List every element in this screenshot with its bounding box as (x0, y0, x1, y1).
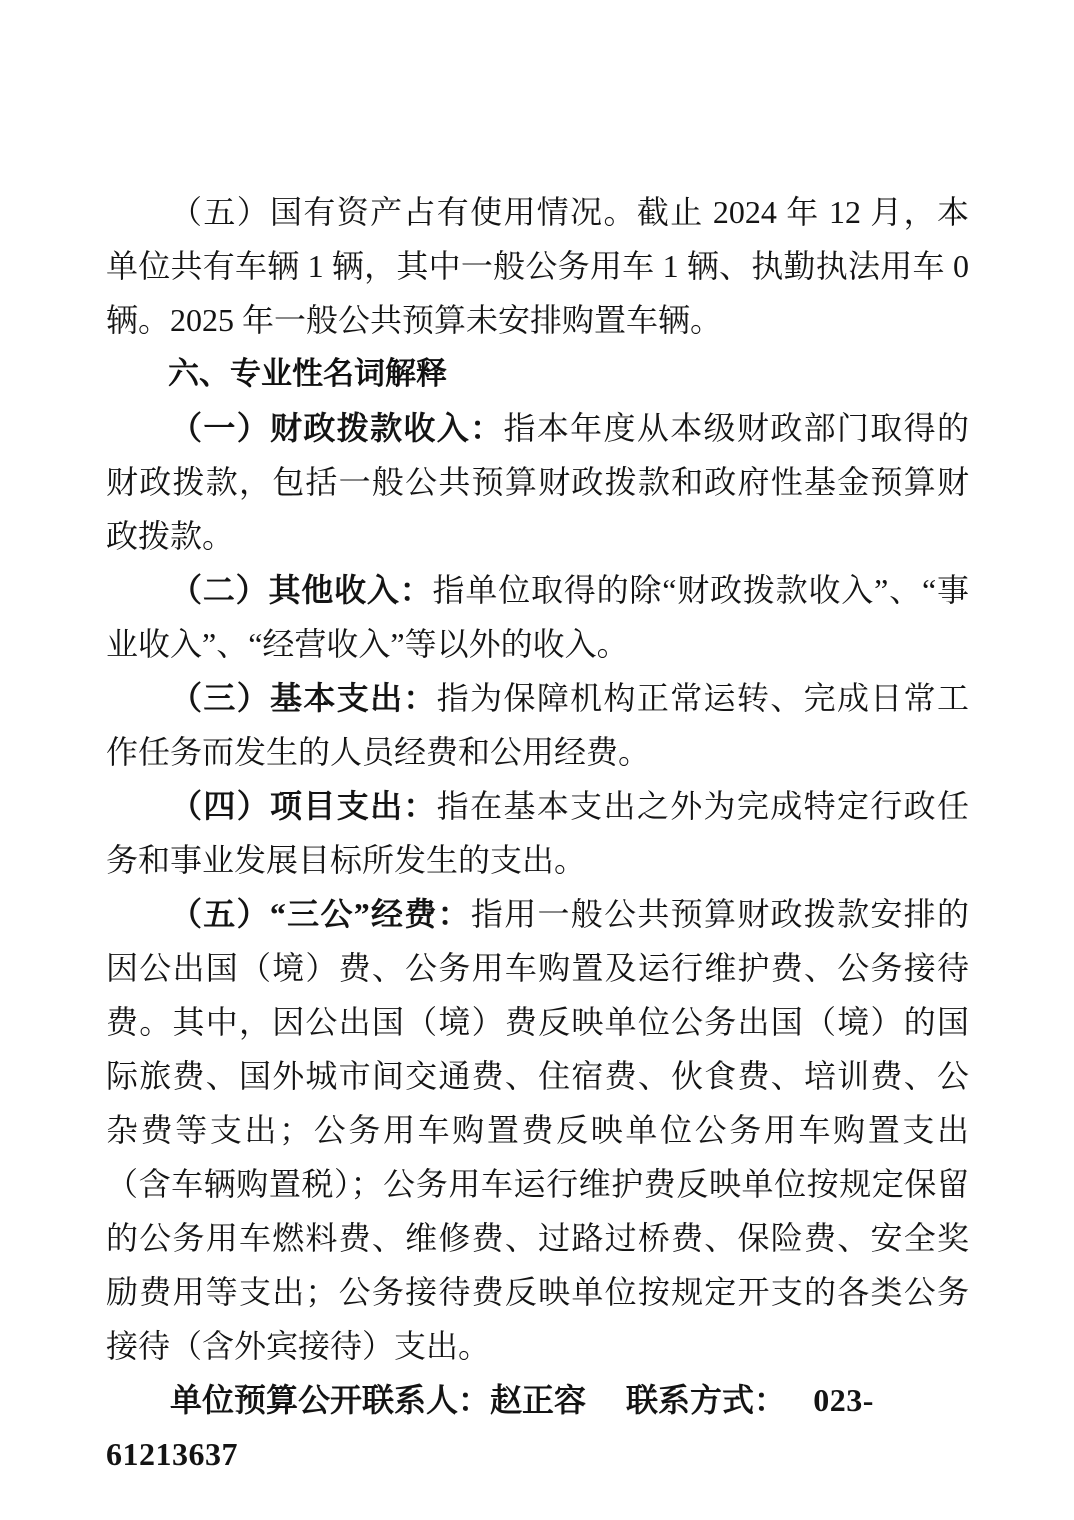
paragraph-term-fiscal-appropriation-income: （一）财政拨款收入：指本年度从本级财政部门取得的财政拨款，包括一般公共预算财政拨… (106, 401, 969, 563)
term-label-basic-expenditure: （三）基本支出： (170, 680, 437, 716)
paragraph-term-project-expenditure: （四）项目支出：指在基本支出之外为完成特定行政任务和事业发展目标所发生的支出。 (106, 779, 969, 887)
term-label-project-expenditure: （四）项目支出： (170, 788, 437, 824)
paragraph-state-assets-label: （五）国有资产占有使用情况。 (170, 194, 637, 230)
paragraph-term-basic-expenditure: （三）基本支出：指为保障机构正常运转、完成日常工作任务而发生的人员经费和公用经费… (106, 671, 969, 779)
section-heading-glossary: 六、专业性名词解释 (106, 347, 969, 401)
term-label-other-income: （二）其他收入： (170, 572, 433, 608)
term-definition-three-public-funds: 指用一般公共预算财政拨款安排的因公出国（境）费、公务用车购置及运行维护费、公务接… (106, 896, 969, 1364)
paragraph-state-assets: （五）国有资产占有使用情况。截止 2024 年 12 月，本单位共有车辆 1 辆… (106, 185, 969, 347)
term-label-fiscal-appropriation-income: （一）财政拨款收入： (170, 410, 503, 446)
paragraph-term-three-public-funds: （五）“三公”经费：指用一般公共预算财政拨款安排的因公出国（境）费、公务用车购置… (106, 887, 969, 1373)
contact-person-name: 赵正容 (490, 1382, 586, 1418)
contact-person-label: 单位预算公开联系人： (170, 1382, 490, 1418)
paragraph-term-other-income: （二）其他收入：指单位取得的除“财政拨款收入”、“事业收入”、“经营收入”等以外… (106, 563, 969, 671)
term-label-three-public-funds: （五）“三公”经费： (170, 896, 471, 932)
contact-phone-label: 联系方式： (626, 1382, 786, 1418)
document-page: （五）国有资产占有使用情况。截止 2024 年 12 月，本单位共有车辆 1 辆… (0, 0, 1074, 1520)
contact-line: 单位预算公开联系人：赵正容联系方式：023-61213637 (106, 1373, 969, 1481)
